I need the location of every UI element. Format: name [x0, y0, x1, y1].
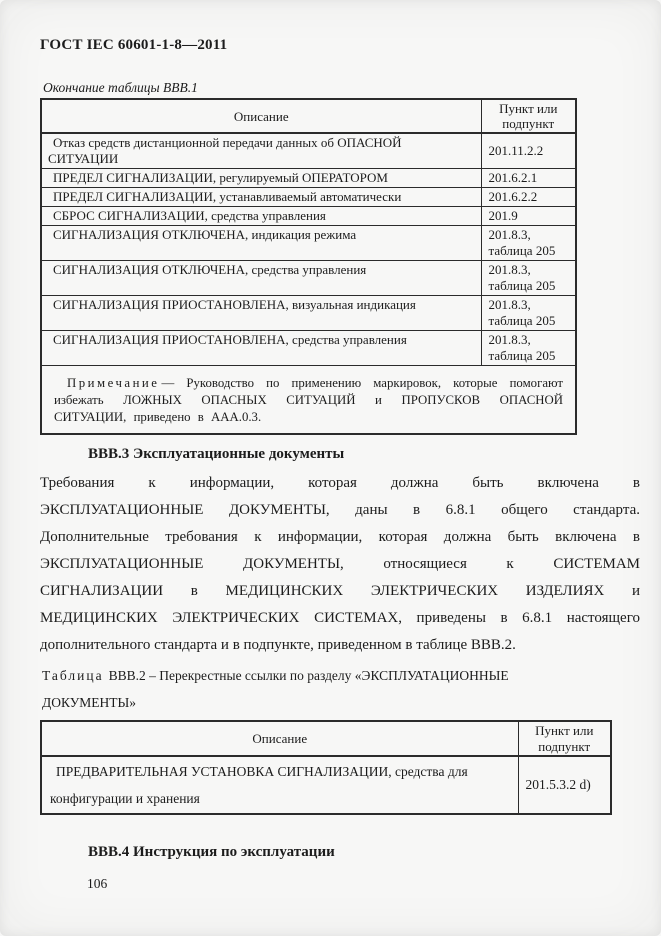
table-note: Примечание— Руководство по применению ма…: [41, 366, 576, 435]
row-description: СБРОС СИГНАЛИЗАЦИИ, средства управления: [41, 207, 481, 226]
table-bbb2-caption-text: ВВВ.2 – Перекрестные ссылки по разделу «…: [42, 668, 509, 710]
column-header-clause: Пункт или подпункт: [481, 99, 576, 133]
row-description: СИГНАЛИЗАЦИЯ ПРИОСТАНОВЛЕНА, визуальная …: [41, 296, 481, 331]
row-description: СИГНАЛИЗАЦИЯ ОТКЛЮЧЕНА, средства управле…: [41, 261, 481, 296]
paragraph-line: дополнительного стандарта и в подпункте,…: [40, 632, 640, 659]
paragraph-line: ЭКСПЛУАТАЦИОННЫЕ ДОКУМЕНТЫ, относящиеся …: [40, 551, 640, 578]
column-header-description: Описание: [41, 721, 518, 756]
table-row: СИГНАЛИЗАЦИЯ ОТКЛЮЧЕНА, индикация режима…: [41, 226, 576, 261]
document-page: ГОСТ IEC 60601-1-8—2011 Окончание таблиц…: [0, 0, 661, 936]
column-header-clause: Пункт или подпункт: [518, 721, 611, 756]
section-heading-bbb3: ВВВ.3 Эксплуатационные документы: [88, 445, 661, 464]
table-row: СБРОС СИГНАЛИЗАЦИИ, средства управления …: [41, 207, 576, 226]
section-bbb3-paragraph: Требования к информации, которая должна …: [40, 470, 640, 659]
section-heading-bbb4: ВВВ.4 Инструкция по эксплуатации: [88, 843, 661, 862]
paragraph-line: Дополнительные требования к информации, …: [40, 524, 640, 551]
table-row: СИГНАЛИЗАЦИЯ ПРИОСТАНОВЛЕНА, средства уп…: [41, 331, 576, 366]
paragraph-line: МЕДИЦИНСКИХ ЭЛЕКТРИЧЕСКИХ СИСТЕМАХ, прив…: [40, 605, 640, 632]
row-description: Отказ средств дистанционной передачи дан…: [41, 133, 481, 169]
table-row: СИГНАЛИЗАЦИЯ ОТКЛЮЧЕНА, средства управле…: [41, 261, 576, 296]
row-description: ПРЕДЕЛ СИГНАЛИЗАЦИИ, устанавливаемый авт…: [41, 188, 481, 207]
paragraph-line: ЭКСПЛУАТАЦИОННЫЕ ДОКУМЕНТЫ, даны в 6.8.1…: [40, 497, 640, 524]
table-bbb1: Описание Пункт или подпункт Отказ средст…: [40, 98, 577, 435]
table-bbb2-caption: ТаблицаВВВ.2 – Перекрестные ссылки по ра…: [42, 662, 542, 716]
row-description: СИГНАЛИЗАЦИЯ ОТКЛЮЧЕНА, индикация режима: [41, 226, 481, 261]
document-header: ГОСТ IEC 60601-1-8—2011: [40, 36, 661, 54]
table-bbb1-continuation-caption: Окончание таблицы ВВВ.1: [43, 79, 661, 96]
page-number: 106: [87, 876, 107, 892]
row-clause: 201.8.3, таблица 205: [481, 226, 576, 261]
paragraph-line: СИГНАЛИЗАЦИИ в МЕДИЦИНСКИХ ЭЛЕКТРИЧЕСКИХ…: [40, 578, 640, 605]
table-note-row: Примечание— Руководство по применению ма…: [41, 366, 576, 435]
table-row: ПРЕДЕЛ СИГНАЛИЗАЦИИ, регулируемый ОПЕРАТ…: [41, 169, 576, 188]
table-bbb1-header-row: Описание Пункт или подпункт: [41, 99, 576, 133]
row-clause: 201.8.3, таблица 205: [481, 296, 576, 331]
row-clause: 201.6.2.1: [481, 169, 576, 188]
row-clause: 201.8.3, таблица 205: [481, 261, 576, 296]
table-row: ПРЕДЕЛ СИГНАЛИЗАЦИИ, устанавливаемый авт…: [41, 188, 576, 207]
row-clause: 201.6.2.2: [481, 188, 576, 207]
table-row: СИГНАЛИЗАЦИЯ ПРИОСТАНОВЛЕНА, визуальная …: [41, 296, 576, 331]
table-bbb2-caption-label: Таблица: [42, 668, 104, 683]
paragraph-line: Требования к информации, которая должна …: [40, 470, 640, 497]
table-row: ПРЕДВАРИТЕЛЬНАЯ УСТАНОВКА СИГНАЛИЗАЦИИ, …: [41, 756, 611, 814]
row-clause: 201.5.3.2 d): [518, 756, 611, 814]
row-description: СИГНАЛИЗАЦИЯ ПРИОСТАНОВЛЕНА, средства уп…: [41, 331, 481, 366]
note-label: Примечание: [67, 376, 159, 390]
column-header-description: Описание: [41, 99, 481, 133]
row-clause: 201.8.3, таблица 205: [481, 331, 576, 366]
row-clause: 201.11.2.2: [481, 133, 576, 169]
table-row: Отказ средств дистанционной передачи дан…: [41, 133, 576, 169]
row-clause: 201.9: [481, 207, 576, 226]
table-bbb2-header-row: Описание Пункт или подпункт: [41, 721, 611, 756]
table-bbb2: Описание Пункт или подпункт ПРЕДВАРИТЕЛЬ…: [40, 720, 612, 815]
row-description: ПРЕДЕЛ СИГНАЛИЗАЦИИ, регулируемый ОПЕРАТ…: [41, 169, 481, 188]
row-description: ПРЕДВАРИТЕЛЬНАЯ УСТАНОВКА СИГНАЛИЗАЦИИ, …: [41, 756, 518, 814]
